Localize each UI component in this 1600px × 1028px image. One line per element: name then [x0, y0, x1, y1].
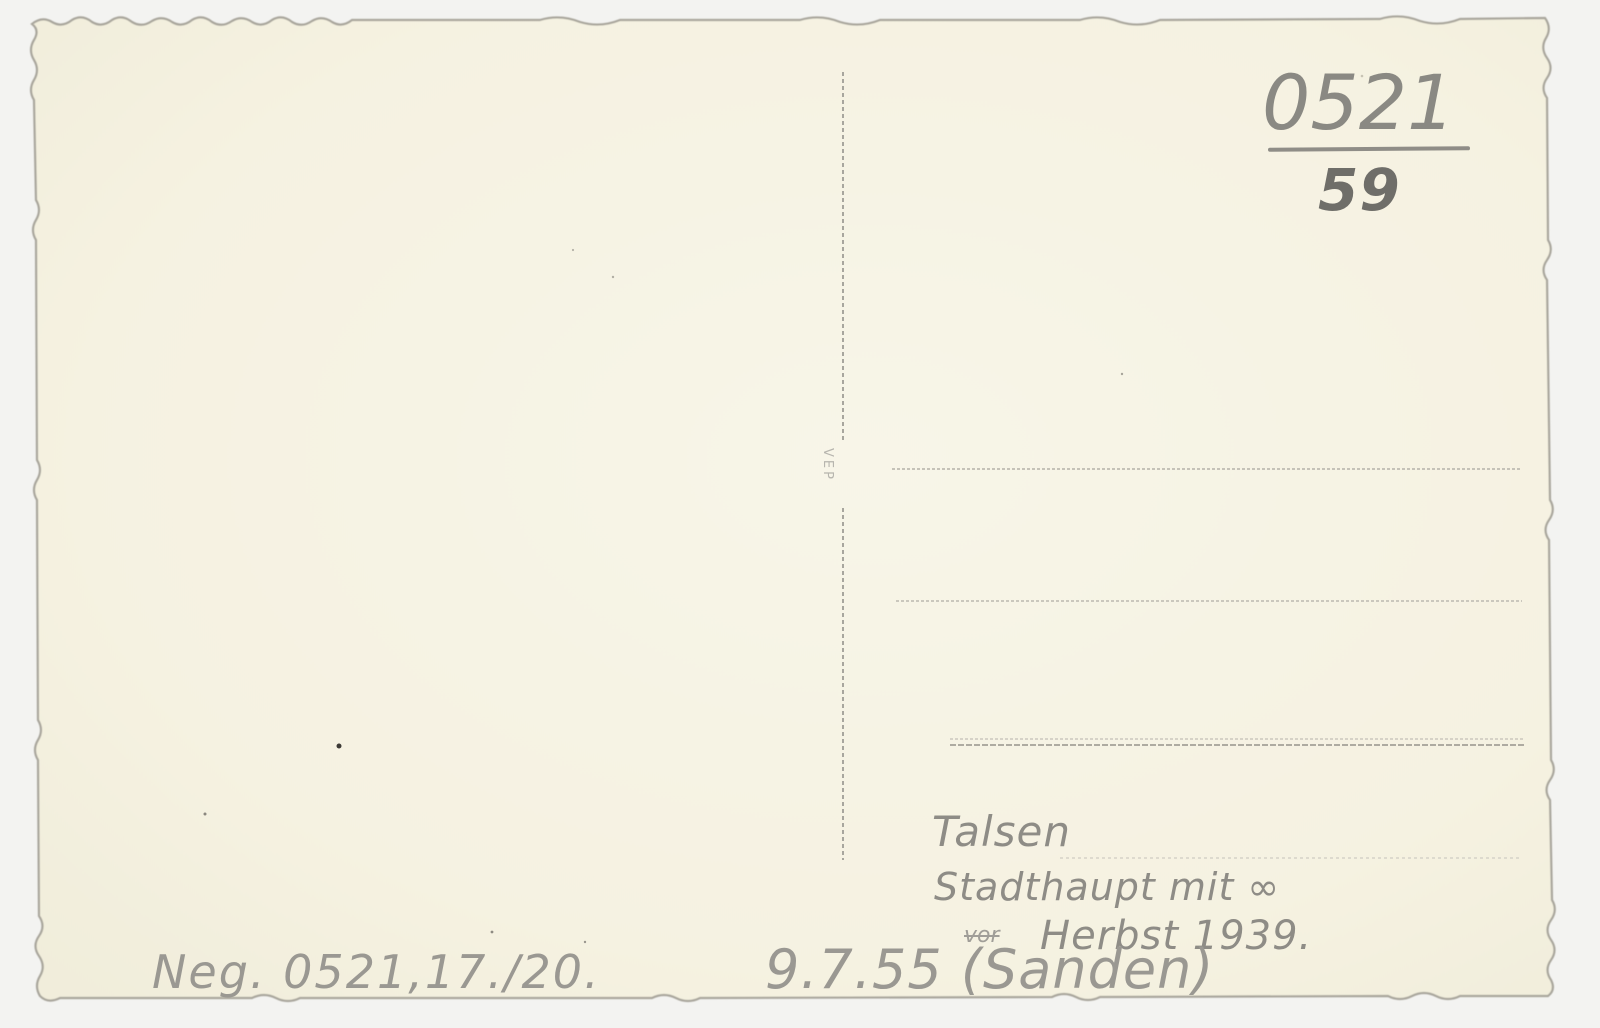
speck — [584, 941, 586, 943]
caption-subject: Stadthaupt mit ∞ — [934, 865, 1280, 909]
speck — [337, 744, 342, 749]
speck — [491, 931, 494, 934]
speck — [1121, 373, 1123, 375]
caption-place: Talsen — [932, 807, 1071, 856]
date-source-note: 9.7.55 (Sanden) — [765, 938, 1214, 1001]
postcard-back — [0, 0, 1600, 1028]
negative-reference: Neg. 0521,17./20. — [152, 945, 601, 999]
speck — [612, 276, 614, 278]
printer-mark: VEP — [820, 448, 835, 482]
archive-number-bottom: 59 — [1318, 156, 1401, 224]
archive-number-top: 0521 — [1262, 58, 1455, 147]
speck — [572, 249, 574, 251]
scan-background: VEP 0521 59 Talsen Stadthaupt mit ∞ vor … — [0, 0, 1600, 1028]
speck — [204, 813, 207, 816]
